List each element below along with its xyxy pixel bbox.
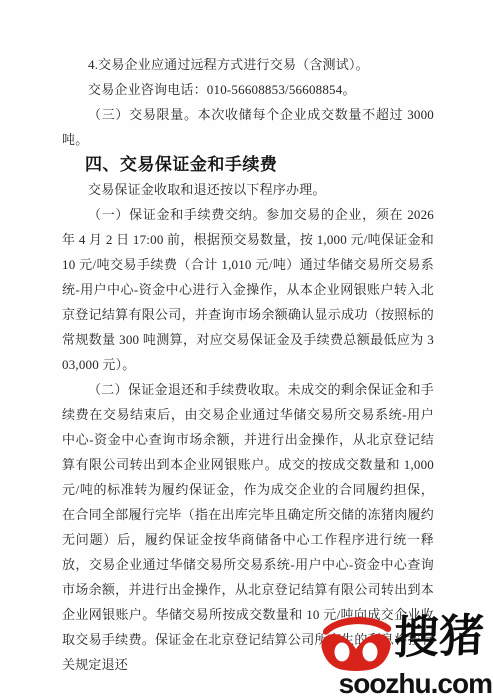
- paragraph-procedure-intro: 交易保证金收取和退还按以下程序办理。: [62, 177, 434, 202]
- soozhu-logo-url-text: soozhu.com: [318, 670, 492, 698]
- soozhu-watermark: 搜猪 soozhu.com: [318, 614, 492, 698]
- section-heading-deposit-and-fees: 四、交易保证金和手续费: [62, 152, 434, 177]
- document-page: 4.交易企业应通过远程方式进行交易（含测试）。 交易企业咨询电话：010-566…: [0, 0, 493, 700]
- paragraph-trade-limit: （三）交易限量。本次收储每个企业成交数量不超过 3000 吨。: [62, 102, 434, 152]
- document-body: 4.交易企业应通过远程方式进行交易（含测试）。 交易企业咨询电话：010-566…: [62, 52, 434, 677]
- paragraph-remote-trading: 4.交易企业应通过远程方式进行交易（含测试）。: [62, 52, 434, 77]
- paragraph-phone-numbers: 交易企业咨询电话：010-56608853/56608854。: [62, 77, 434, 102]
- paragraph-deposit-payment: （一）保证金和手续费交纳。参加交易的企业，须在 2026 年 4 月 2 日 1…: [62, 202, 434, 377]
- soozhu-logo-chinese-text: 搜猪: [393, 606, 485, 667]
- pig-snout-logo-icon: [318, 616, 394, 672]
